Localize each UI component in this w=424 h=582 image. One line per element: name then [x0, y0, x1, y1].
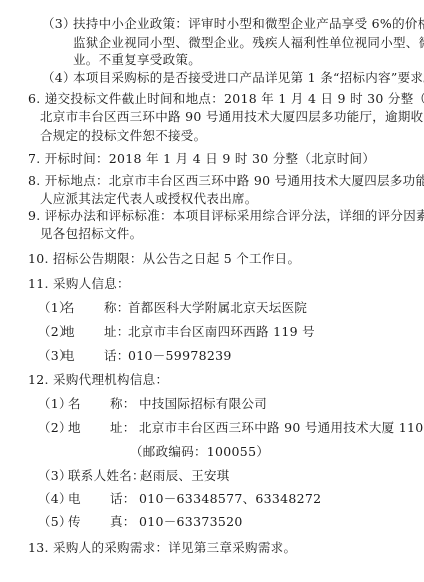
row-label-b: 址：	[110, 420, 136, 436]
row-label-b: 话：	[104, 348, 130, 364]
agency-fax: 010－63373520	[139, 514, 243, 530]
row-label-b: 真：	[110, 514, 136, 530]
policy-item-4-index: （4）	[42, 70, 76, 86]
row-index: （1）	[38, 396, 72, 412]
row-label-a: 地	[62, 324, 75, 340]
section-12-title: 12. 采购代理机构信息：	[28, 372, 168, 388]
agency-name: 中技国际招标有限公司	[139, 396, 267, 412]
section-6-line-3: 合规定的投标文件恕不接受。	[40, 128, 206, 144]
purchaser-address: 北京市丰台区南四环西路 119 号	[128, 324, 315, 340]
section-7-text: 7. 开标时间：2018 年 1 月 4 日 9 时 30 分整（北京时间）	[28, 151, 375, 167]
row-label-a: 传	[68, 514, 81, 530]
section-8-line-1: 8. 开标地点：北京市丰台区西三环中路 90 号通用技术大厦四层多功能厅，投标	[28, 173, 424, 189]
agency-contacts: 赵雨辰、王安琪	[140, 468, 230, 484]
row-index: （2）	[38, 420, 72, 436]
row-label-a: 电	[62, 348, 75, 364]
section-9-line-1: 9. 评标办法和评标标准：本项目评标采用综合评分法，详细的评分因素和标准	[28, 208, 424, 224]
agency-postal-code: （邮政编码：100055）	[130, 444, 269, 460]
policy-item-3-index: （3）	[42, 16, 76, 32]
row-index: （4）	[38, 491, 72, 507]
row-label-b: 址：	[104, 324, 130, 340]
row-label-a: 名	[68, 396, 81, 412]
agency-address: 北京市丰台区西三环中路 90 号通用技术大厦 1101 室	[139, 420, 424, 436]
policy-item-3-line-2: 监狱企业视同小型、微型企业。残疾人福利性单位视同小型、微型企	[73, 35, 424, 51]
section-8-line-2: 人应派其法定代表人或授权代表出席。	[40, 191, 258, 207]
row-label-b: 称：	[104, 300, 130, 316]
section-13-text: 13. 采购人的采购需求：详见第三章采购需求。	[28, 540, 296, 556]
row-label-b: 话：	[110, 491, 136, 507]
section-6-line-2: 北京市丰台区西三环中路 90 号通用技术大厦四层多功能厅，逾期收到或不符	[40, 109, 424, 125]
purchaser-name: 首都医科大学附属北京天坛医院	[128, 300, 307, 316]
row-label-a: 电	[68, 491, 81, 507]
section-11-title: 11. 采购人信息：	[28, 276, 130, 292]
purchaser-phone: 010－59978239	[128, 348, 232, 364]
row-label-b: 称：	[110, 396, 136, 412]
section-10-text: 10. 招标公告期限：从公告之日起 5 个工作日。	[28, 251, 300, 267]
policy-item-4-text: 本项目采购标的是否接受进口产品详见第 1 条“招标内容”要求。	[73, 70, 424, 86]
row-label-a: 名	[62, 300, 75, 316]
policy-item-3-line-1: 扶持中小企业政策：评审时小型和微型企业产品享受 6%的价格折扣。	[73, 16, 424, 32]
row-index: （5）	[38, 514, 72, 530]
section-9-line-2: 见各包招标文件。	[40, 226, 142, 242]
policy-item-3-line-3: 业。不重复享受政策。	[73, 52, 201, 68]
section-6-line-1: 6. 递交投标文件截止时间和地点：2018 年 1 月 4 日 9 时 30 分…	[28, 91, 424, 107]
row-label-full: 联系人姓名：	[68, 468, 145, 484]
row-label-a: 地	[68, 420, 81, 436]
agency-phone: 010－63348577、63348272	[139, 491, 321, 507]
row-index: （3）	[38, 468, 72, 484]
